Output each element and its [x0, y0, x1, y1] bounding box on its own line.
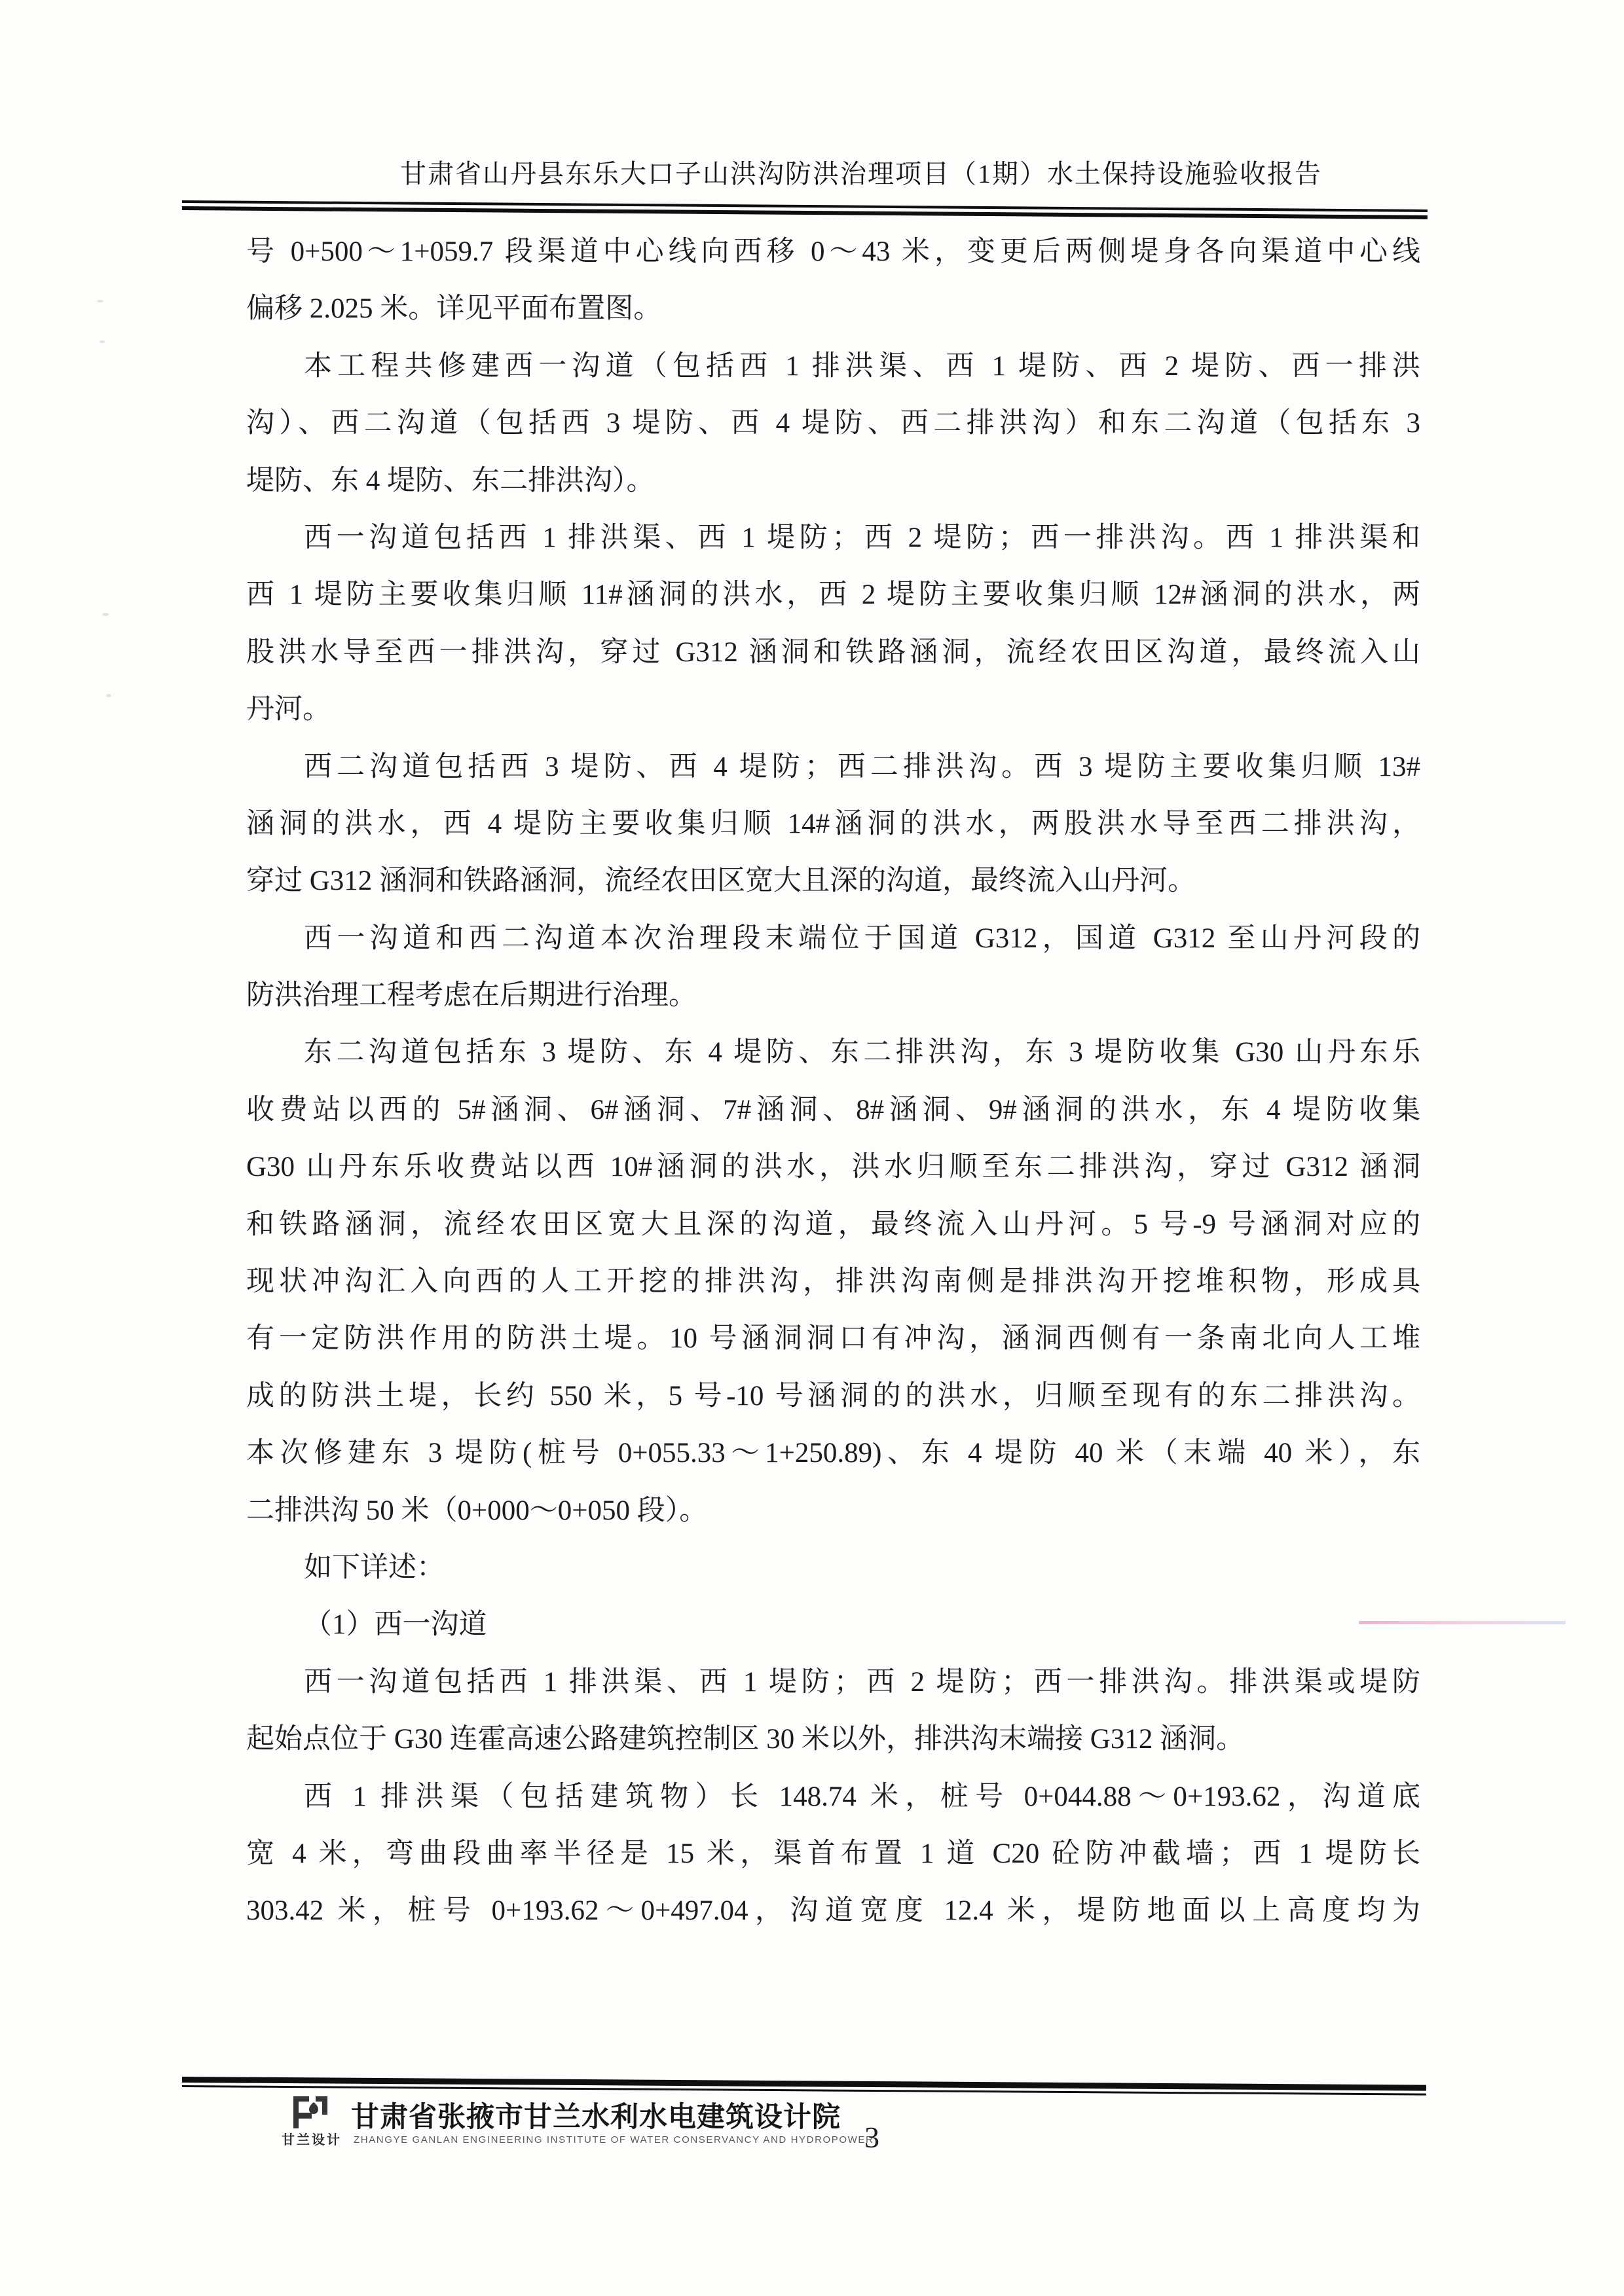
scan-speck: [102, 613, 109, 616]
body-line: 如下详述：: [246, 1539, 1420, 1596]
body-line: 303.42 米，桩号 0+193.62～0+497.04，沟道宽度 12.4 …: [246, 1882, 1420, 1939]
body-line: 西一沟道包括西 1 排洪渠、西 1 堤防；西 2 堤防；西一排洪沟。排洪渠或堤防: [246, 1654, 1420, 1711]
body-line: 防洪治理工程考虑在后期进行治理。: [246, 967, 1420, 1024]
body-line: （1）西一沟道: [246, 1596, 1420, 1653]
body-line: 穿过 G312 涵洞和铁路涵洞，流经农田区宽大且深的沟道，最终流入山丹河。: [246, 852, 1420, 909]
body-line: 有一定防洪作用的防洪土堤。10 号涵洞洞口有冲沟，涵洞西侧有一条南北向人工堆: [246, 1310, 1420, 1367]
ganlan-design-logo-icon: [292, 2095, 329, 2130]
footer-double-rule: [182, 2077, 1426, 2096]
body-line: 西一沟道和西二沟道本次治理段末端位于国道 G312，国道 G312 至山丹河段的: [246, 910, 1420, 967]
footer-organization-name-en: ZHANGYE GANLAN ENGINEERING INSTITUTE OF …: [354, 2134, 874, 2145]
body-line: 沟）、西二沟道（包括西 3 堤防、西 4 堤防、西二排洪沟）和东二沟道（包括东 …: [246, 395, 1420, 452]
body-line: 西一沟道包括西 1 排洪渠、西 1 堤防；西 2 堤防；西一排洪沟。西 1 排洪…: [246, 509, 1420, 566]
body-line: 偏移 2.025 米。详见平面布置图。: [246, 280, 1420, 337]
body-line: 堤防、东 4 堤防、东二排洪沟）。: [246, 452, 1420, 509]
body-line: 起始点位于 G30 连霍高速公路建筑控制区 30 米以外，排洪沟末端接 G312…: [246, 1711, 1420, 1768]
body-line: 西 1 排洪渠（包括建筑物）长 148.74 米，桩号 0+044.88～0+1…: [246, 1768, 1420, 1825]
body-line: G30 山丹东乐收费站以西 10#涵洞的洪水，洪水归顺至东二排洪沟，穿过 G31…: [246, 1139, 1420, 1195]
body-line: 涵洞的洪水，西 4 堤防主要收集归顺 14#涵洞的洪水，两股洪水导至西二排洪沟，: [246, 795, 1420, 852]
document-page: 甘肃省山丹县东乐大口子山洪沟防洪治理项目（1期）水土保持设施验收报告 号 0+5…: [0, 0, 1624, 2296]
body-line: 东二沟道包括东 3 堤防、东 4 堤防、东二排洪沟，东 3 堤防收集 G30 山…: [246, 1024, 1420, 1081]
header-double-rule: [182, 200, 1428, 219]
body-line: 成的防洪土堤，长约 550 米，5 号-10 号涵洞的的洪水，归顺至现有的东二排…: [246, 1368, 1420, 1425]
body-line: 西二沟道包括西 3 堤防、西 4 堤防；西二排洪沟。西 3 堤防主要收集归顺 1…: [246, 738, 1420, 795]
footer-organization-name-cn: 甘肃省张掖市甘兰水利水电建筑设计院: [351, 2095, 841, 2135]
logo-caption: 甘兰设计: [282, 2129, 342, 2148]
scan-speck: [100, 340, 105, 343]
page-header-title: 甘肃省山丹县东乐大口子山洪沟防洪治理项目（1期）水土保持设施验收报告: [98, 153, 1624, 191]
body-line: 号 0+500～1+059.7 段渠道中心线向西移 0～43 米，变更后两侧堤身…: [246, 223, 1420, 280]
body-line: 丹河。: [246, 681, 1420, 738]
scan-speck: [97, 300, 103, 302]
page-number: 3: [864, 2120, 879, 2155]
body-line: 本工程共修建西一沟道（包括西 1 排洪渠、西 1 堤防、西 2 堤防、西一排洪: [246, 338, 1420, 395]
scan-speck: [106, 694, 111, 697]
body-line: 西 1 堤防主要收集归顺 11#涵洞的洪水，西 2 堤防主要收集归顺 12#涵洞…: [246, 566, 1420, 623]
body-line: 股洪水导至西一排洪沟，穿过 G312 涵洞和铁路涵洞，流经农田区沟道，最终流入山: [246, 624, 1420, 681]
body-line: 二排洪沟 50 米（0+000～0+050 段）。: [246, 1482, 1420, 1539]
body-line: 收费站以西的 5#涵洞、6#涵洞、7#涵洞、8#涵洞、9#涵洞的洪水，东 4 堤…: [246, 1082, 1420, 1139]
body-line: 宽 4 米，弯曲段曲率半径是 15 米，渠首布置 1 道 C20 砼防冲截墙；西…: [246, 1825, 1420, 1882]
body-line: 和铁路涵洞，流经农田区宽大且深的沟道，最终流入山丹河。5 号-9 号涵洞对应的: [246, 1196, 1420, 1253]
body-line: 现状冲沟汇入向西的人工开挖的排洪沟，排洪沟南侧是排洪沟开挖堆积物，形成具: [246, 1253, 1420, 1310]
document-body: 号 0+500～1+059.7 段渠道中心线向西移 0～43 米，变更后两侧堤身…: [246, 223, 1420, 1940]
scan-artifact-streak: [1359, 1621, 1566, 1624]
body-line: 本次修建东 3 堤防(桩号 0+055.33～1+250.89)、东 4 堤防 …: [246, 1425, 1420, 1482]
